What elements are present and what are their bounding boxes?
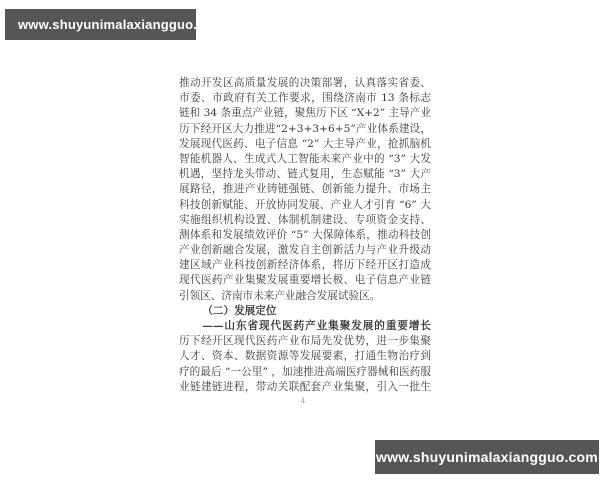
body-line: 历下经开区大力推进“2+3+3+6+5”产业体系建设，即：聚力 bbox=[179, 122, 431, 137]
body-line: 发展现代医药、电子信息 “2” 大主导产业，抢抓脑机接口、 bbox=[179, 137, 431, 152]
section-heading: （二）发展定位 bbox=[179, 304, 431, 319]
body-line: 疗的最后 “一公里” ，加速推进高端医疗器械和医药服务产 bbox=[179, 365, 431, 380]
watermark-bottom-bar: www.shuyunimalaxiangguo.com bbox=[375, 440, 599, 474]
body-line: 智能机器人、生成式人工智能未来产业中的 “3” 大发展新 bbox=[179, 152, 431, 167]
body-line: 机遇，坚持龙头带动、链式复用，生态赋能 “3” 大产业发 bbox=[179, 167, 431, 182]
body-line: 人才、资本、数据资源等发展要素，打通生物治疗到精准医 bbox=[179, 349, 431, 364]
page-number: 4 bbox=[296, 396, 310, 406]
body-line: 产业创新融合发展，激发自主创新活力与产业升级动力，构 bbox=[179, 243, 431, 258]
body-line: 历下经开区现代医药产业布局先发优势，进一步集聚技术、 bbox=[179, 334, 431, 349]
body-line: 科技创新赋能、开放协同发展、产业人才引育 “6” 大工程， bbox=[179, 198, 431, 213]
document-page: www.shuyunimalaxiangguo.com 推动开发区高质量发展的决… bbox=[0, 0, 600, 480]
body-line: 现代医药产业集聚发展重要增长极、电子信息产业链式发展 bbox=[179, 273, 431, 288]
watermark-top-bar: www.shuyunimalaxiangguo.com bbox=[5, 9, 196, 40]
body-line: 引领区、济南市未来产业融合发展试验区。 bbox=[179, 289, 431, 304]
body-line: 链和 34 条重点产业链，聚焦历下区 “X+2” 主导产业定位， bbox=[179, 106, 431, 121]
body-line: 展路径，推进产业铸链强链、创新能力提升、市场主体培育、 bbox=[179, 182, 431, 197]
lead-bold-text: ——山东省现代医药产业集聚发展的重要增长极。 bbox=[179, 320, 431, 334]
body-line: 市委、市政府有关工作要求，围绕济南市 13 条标志性产业 bbox=[179, 91, 431, 106]
watermark-top-url: www.shuyunimalaxiangguo.com bbox=[18, 17, 224, 32]
body-line: 测体系和发展绩效评价 “5” 大保障体系，推动科技创新和 bbox=[179, 228, 431, 243]
body-line: 实施组织机构设置、体制机制建设、专项资金支持、运行监 bbox=[179, 213, 431, 228]
body-line: 业链建链进程，带动关联配套产业集聚，引入一批生物治疗 bbox=[179, 380, 431, 395]
body-line: 推动开发区高质量发展的决策部署，认真落实省委、省政府、 bbox=[179, 76, 431, 91]
body-line-lead: ——山东省现代医药产业集聚发展的重要增长极。立足 bbox=[179, 319, 431, 334]
body-line: 建区域产业科技创新经济体系，将历下经开区打造成山东省 bbox=[179, 258, 431, 273]
watermark-bottom-url: www.shuyunimalaxiangguo.com bbox=[376, 449, 598, 465]
document-body: 推动开发区高质量发展的决策部署，认真落实省委、省政府、 市委、市政府有关工作要求… bbox=[179, 76, 431, 395]
